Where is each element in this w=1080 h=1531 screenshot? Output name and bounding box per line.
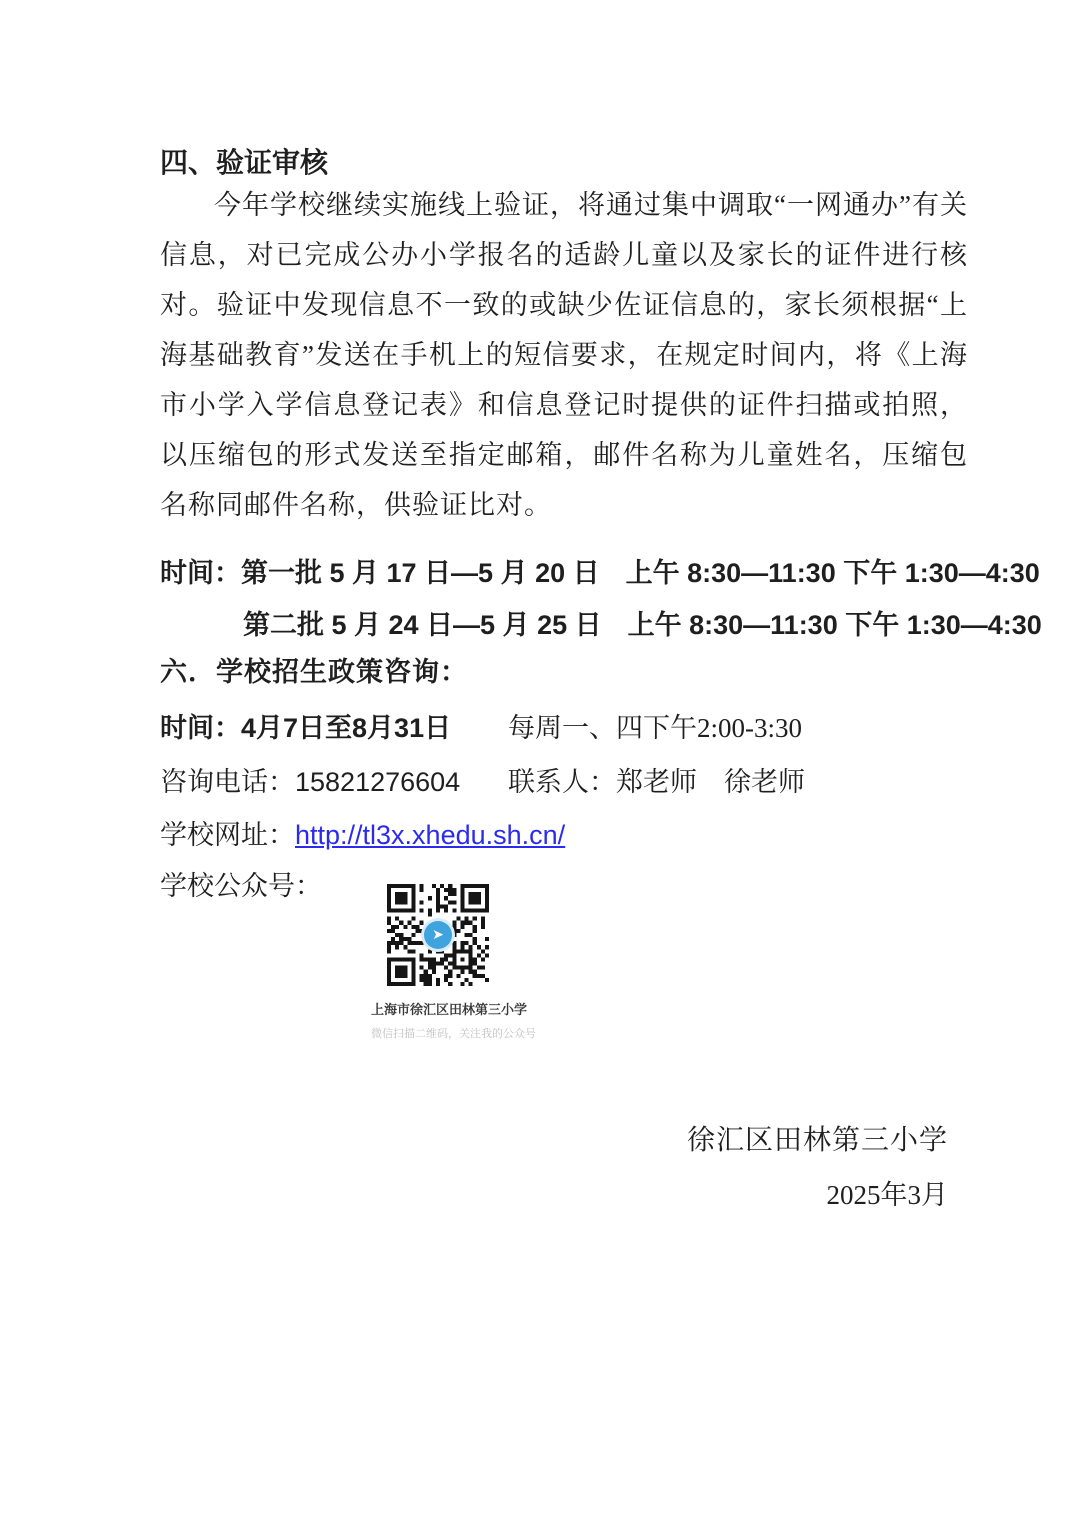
section4-paragraph: 今年学校继续实施线上验证，将通过集中调取“一网通办”有关信息，对已完成公办小学报… (160, 180, 968, 530)
schedule-time-label: 时间： (160, 558, 241, 588)
signature-school-name: 徐汇区田林第三小学 (160, 1113, 948, 1168)
qr-scan-hint: 微信扫描二维码，关注我的公众号 (371, 1025, 505, 1041)
consult-time-row: 时间：4月7日至8月31日 每周一、四下午2:00-3:30 (160, 706, 968, 745)
school-website-link[interactable]: http://tl3x.xhedu.sh.cn/ (295, 820, 565, 850)
schedule-row-batch2: 第二批 5 月 24 日—5 月 25 日上午 8:30—11:30 下午 1:… (243, 603, 1042, 642)
qr-account-name: 上海市徐汇区田林第三小学 (371, 999, 505, 1018)
consult-wechat-row: 学校公众号： (160, 864, 968, 903)
consult-phone-number: 15821276604 (295, 767, 460, 797)
consult-phone-row: 咨询电话：15821276604 联系人：郑老师 徐老师 (160, 760, 968, 799)
signature-block: 徐汇区田林第三小学 2025年3月 (160, 1113, 948, 1223)
consult-website-label: 学校网址： (160, 820, 295, 850)
bird-icon: ➤ (424, 921, 452, 949)
wechat-account-label: 学校公众号： (160, 871, 322, 901)
qr-code: ➤ (387, 884, 489, 986)
signature-date: 2025年3月 (160, 1168, 948, 1223)
consult-phone-label: 咨询电话： (160, 767, 295, 797)
document-page: 四、验证审核 今年学校继续实施线上验证，将通过集中调取“一网通办”有关信息，对已… (0, 0, 1080, 1531)
schedule-batch1-hours: 上午 8:30—11:30 下午 1:30—4:30 (626, 558, 1040, 588)
schedule-batch2-dates: 第二批 5 月 24 日—5 月 25 日 (243, 610, 602, 640)
consult-website-row: 学校网址：http://tl3x.xhedu.sh.cn/ (160, 813, 968, 852)
section4-heading: 四、验证审核 (160, 141, 328, 181)
consult-time-detail: 每周一、四下午2:00-3:30 (508, 706, 802, 745)
consult-contact-persons: 联系人：郑老师 徐老师 (508, 760, 805, 799)
schedule-row-batch1: 时间：第一批 5 月 17 日—5 月 20 日上午 8:30—11:30 下午… (160, 551, 1040, 590)
consult-time-label: 时间：4月7日至8月31日 (160, 713, 451, 743)
section6-heading: 六．学校招生政策咨询： (160, 650, 468, 689)
wechat-logo-icon: ➤ (421, 918, 455, 952)
schedule-batch1-dates: 第一批 5 月 17 日—5 月 20 日 (241, 558, 600, 588)
schedule-batch2-hours: 上午 8:30—11:30 下午 1:30—4:30 (628, 610, 1042, 640)
wechat-qr-card: ➤ 上海市徐汇区田林第三小学 微信扫描二维码，关注我的公众号 (371, 884, 505, 1041)
